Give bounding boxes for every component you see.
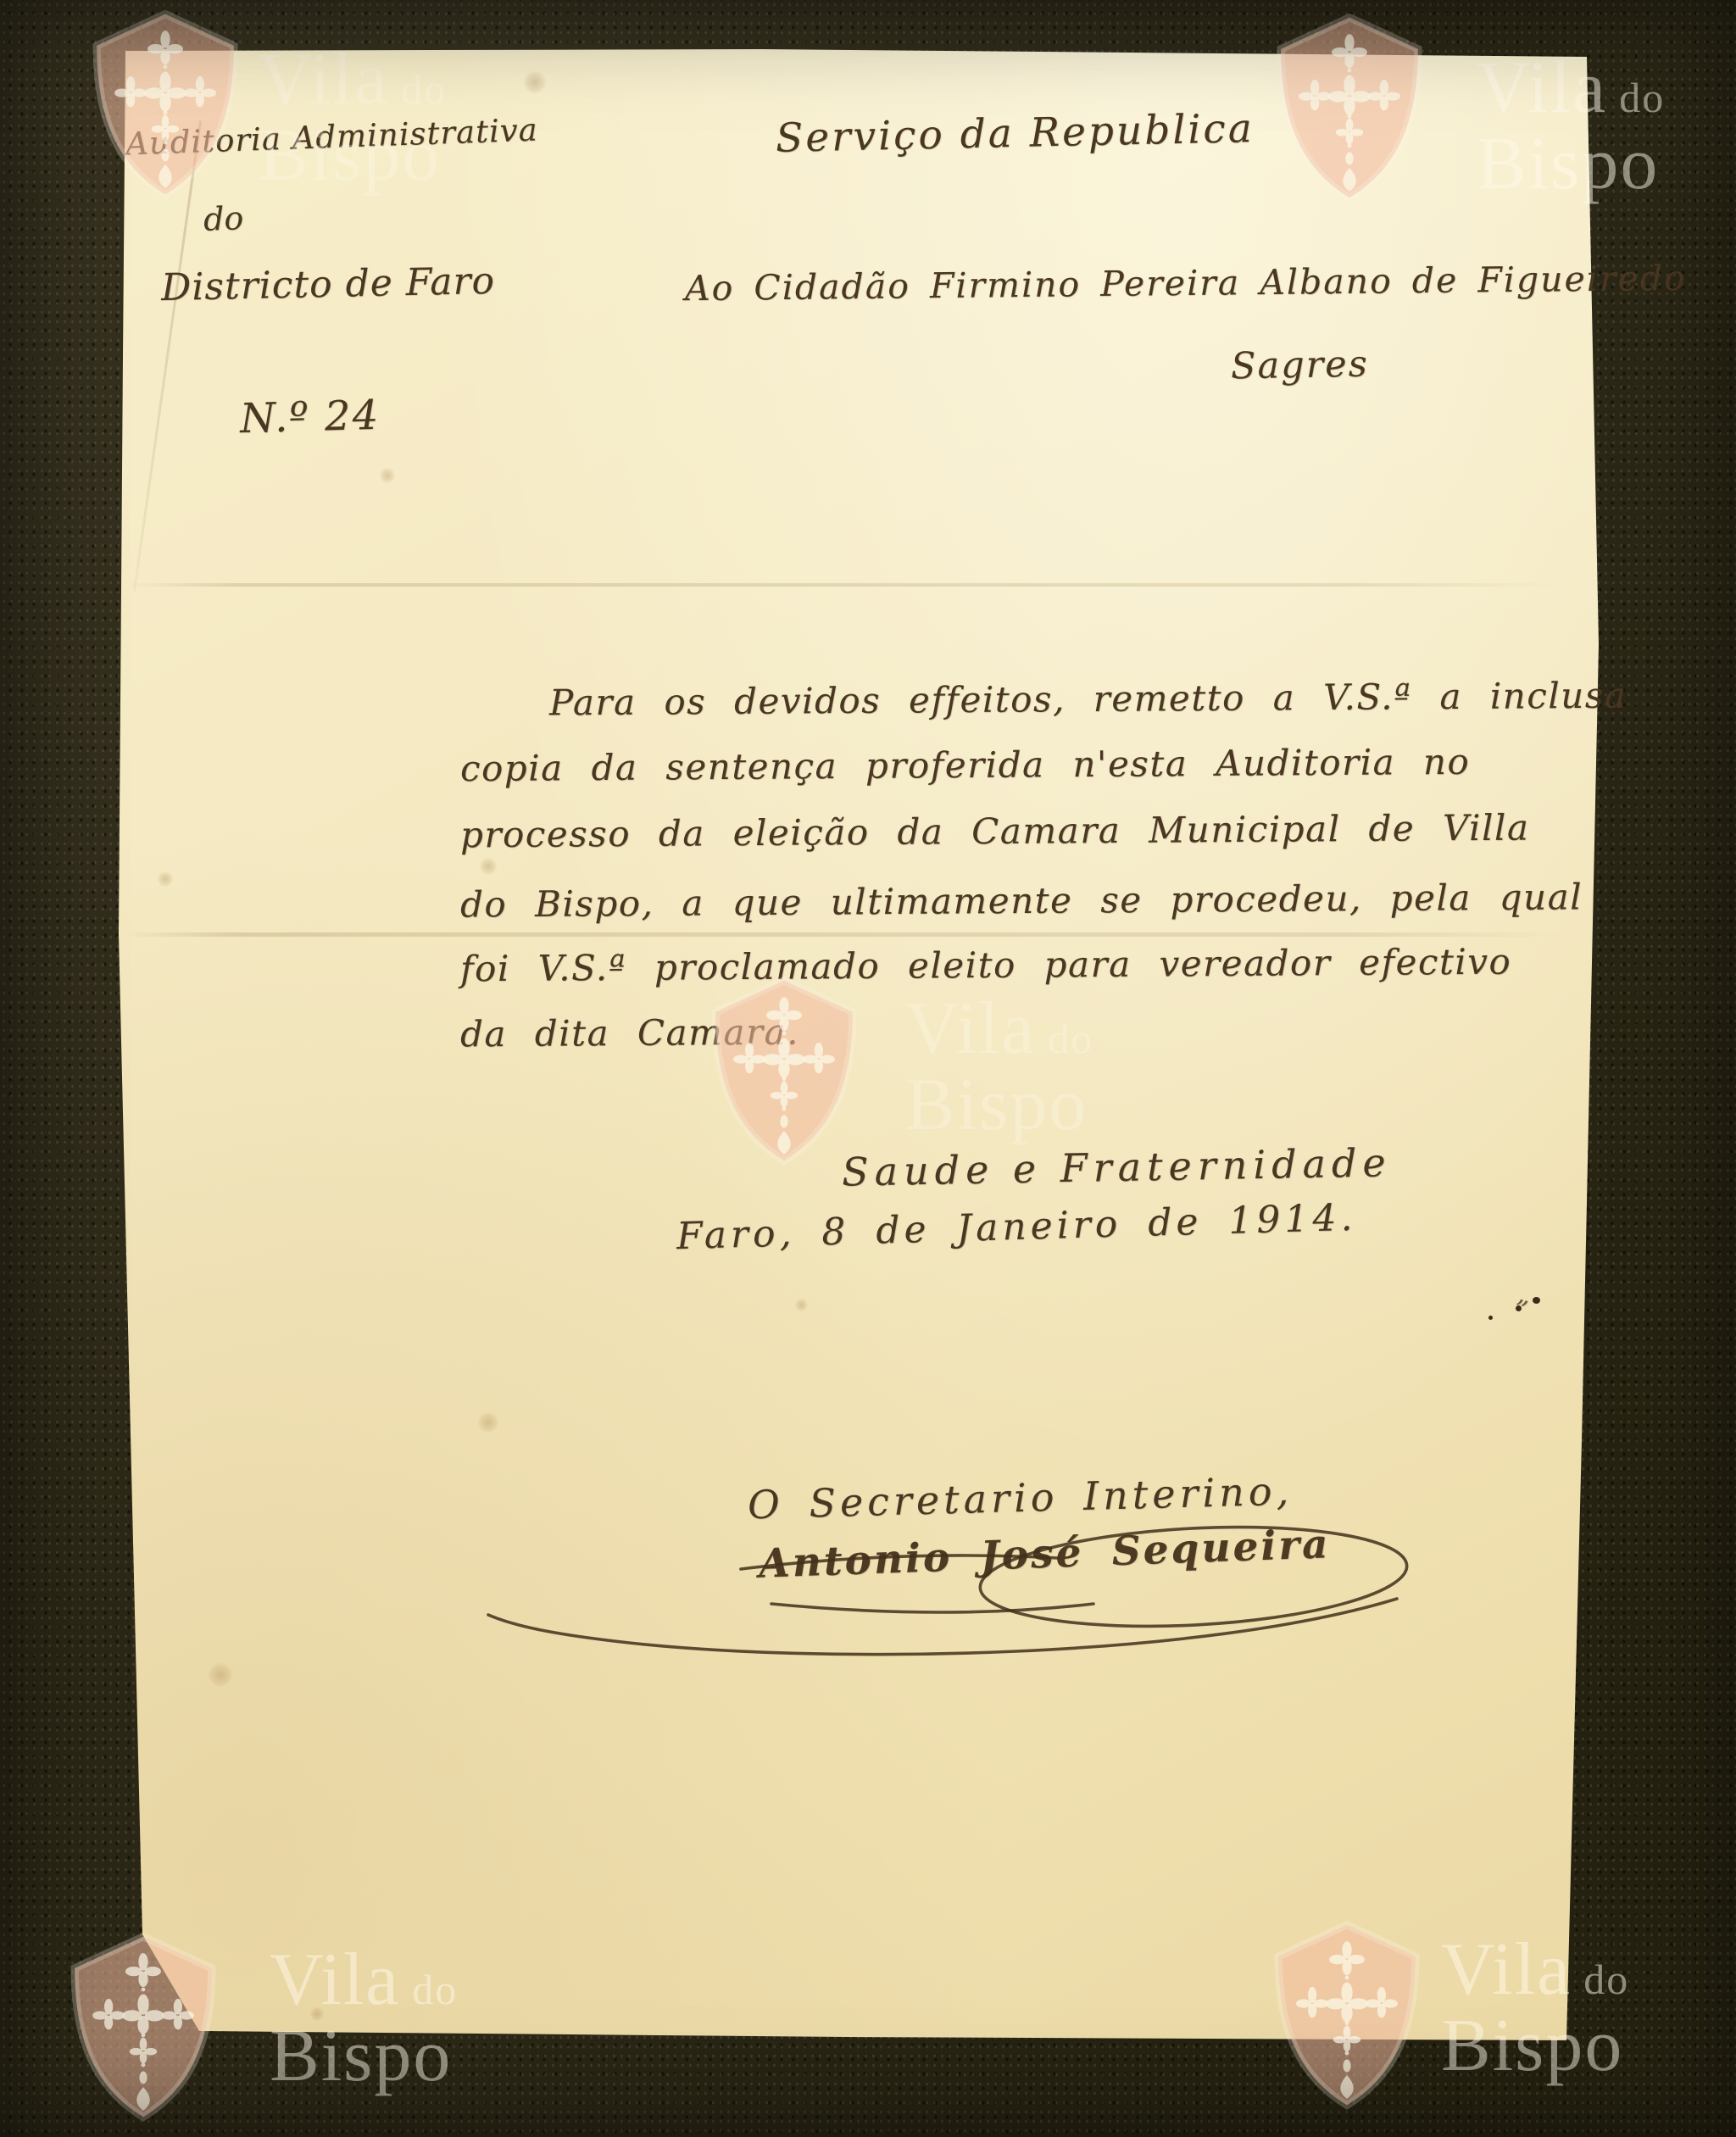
stain — [380, 468, 395, 483]
vila-do-bispo-shield-icon — [64, 1933, 222, 2122]
vila-do-bispo-shield-icon — [1271, 14, 1428, 203]
salutation: Saude e Fraternidade — [842, 1139, 1392, 1194]
watermark-text: Vilado Bispo — [1477, 53, 1665, 199]
addressee-place: Sagres — [1231, 343, 1370, 388]
watermark-word: Vila — [1441, 1928, 1572, 2011]
reference-number: N.º 24 — [239, 392, 381, 442]
watermark-word: do — [1048, 1015, 1093, 1062]
watermark-word: Vila — [905, 988, 1036, 1070]
watermark-word: Bispo — [905, 1070, 1093, 1141]
watermark-word: do — [1619, 74, 1665, 121]
watermark-text: Vilado Bispo — [259, 44, 447, 191]
office-name-line2: do — [203, 199, 244, 238]
body-line: copia da sentença proferida n'esta Audit… — [460, 741, 1471, 789]
ink-speck — [1488, 1316, 1493, 1320]
watermark-word: Bispo — [1477, 129, 1665, 200]
photo-background: Auditoria Administrativa do Districto de… — [0, 0, 1736, 2137]
watermark-word: Vila — [1477, 47, 1607, 129]
stain — [524, 71, 546, 93]
watermark-word: do — [401, 65, 447, 113]
stain — [209, 1663, 232, 1687]
stain — [795, 1299, 808, 1311]
body-line: processo da eleição da Camara Municipal … — [460, 807, 1530, 856]
fold-crease — [121, 932, 1562, 937]
stain — [478, 1412, 498, 1433]
watermark-word: Vila — [259, 38, 389, 120]
watermark-word: Bispo — [259, 120, 447, 192]
watermark-word: Bispo — [270, 2021, 458, 2092]
body-line: Para os devidos effeitos, remetto a V.S.… — [549, 675, 1627, 724]
watermark-text: Vilado Bispo — [905, 993, 1093, 1140]
fold-crease — [127, 583, 1560, 587]
body-line: foi V.S.ª proclamado eleito para vereado… — [460, 941, 1512, 990]
vila-do-bispo-shield-icon — [705, 977, 863, 1166]
watermark-text: Vilado Bispo — [270, 1945, 458, 2091]
vila-do-bispo-shield-icon — [86, 10, 244, 199]
vila-do-bispo-shield-icon — [1268, 1921, 1426, 2110]
watermark-text: Vilado Bispo — [1441, 1934, 1629, 2081]
body-line: do Bispo, a que ultimamente se procedeu,… — [460, 876, 1583, 925]
watermark-word: do — [412, 1966, 458, 2013]
office-name-line3: Districto de Faro — [161, 259, 496, 309]
watermark-word: Vila — [270, 1939, 400, 2021]
ink-speck — [1533, 1297, 1540, 1304]
stain — [480, 858, 497, 875]
watermark-word: Bispo — [1441, 2011, 1629, 2082]
stain — [158, 871, 173, 887]
watermark-word: do — [1583, 1956, 1629, 2003]
